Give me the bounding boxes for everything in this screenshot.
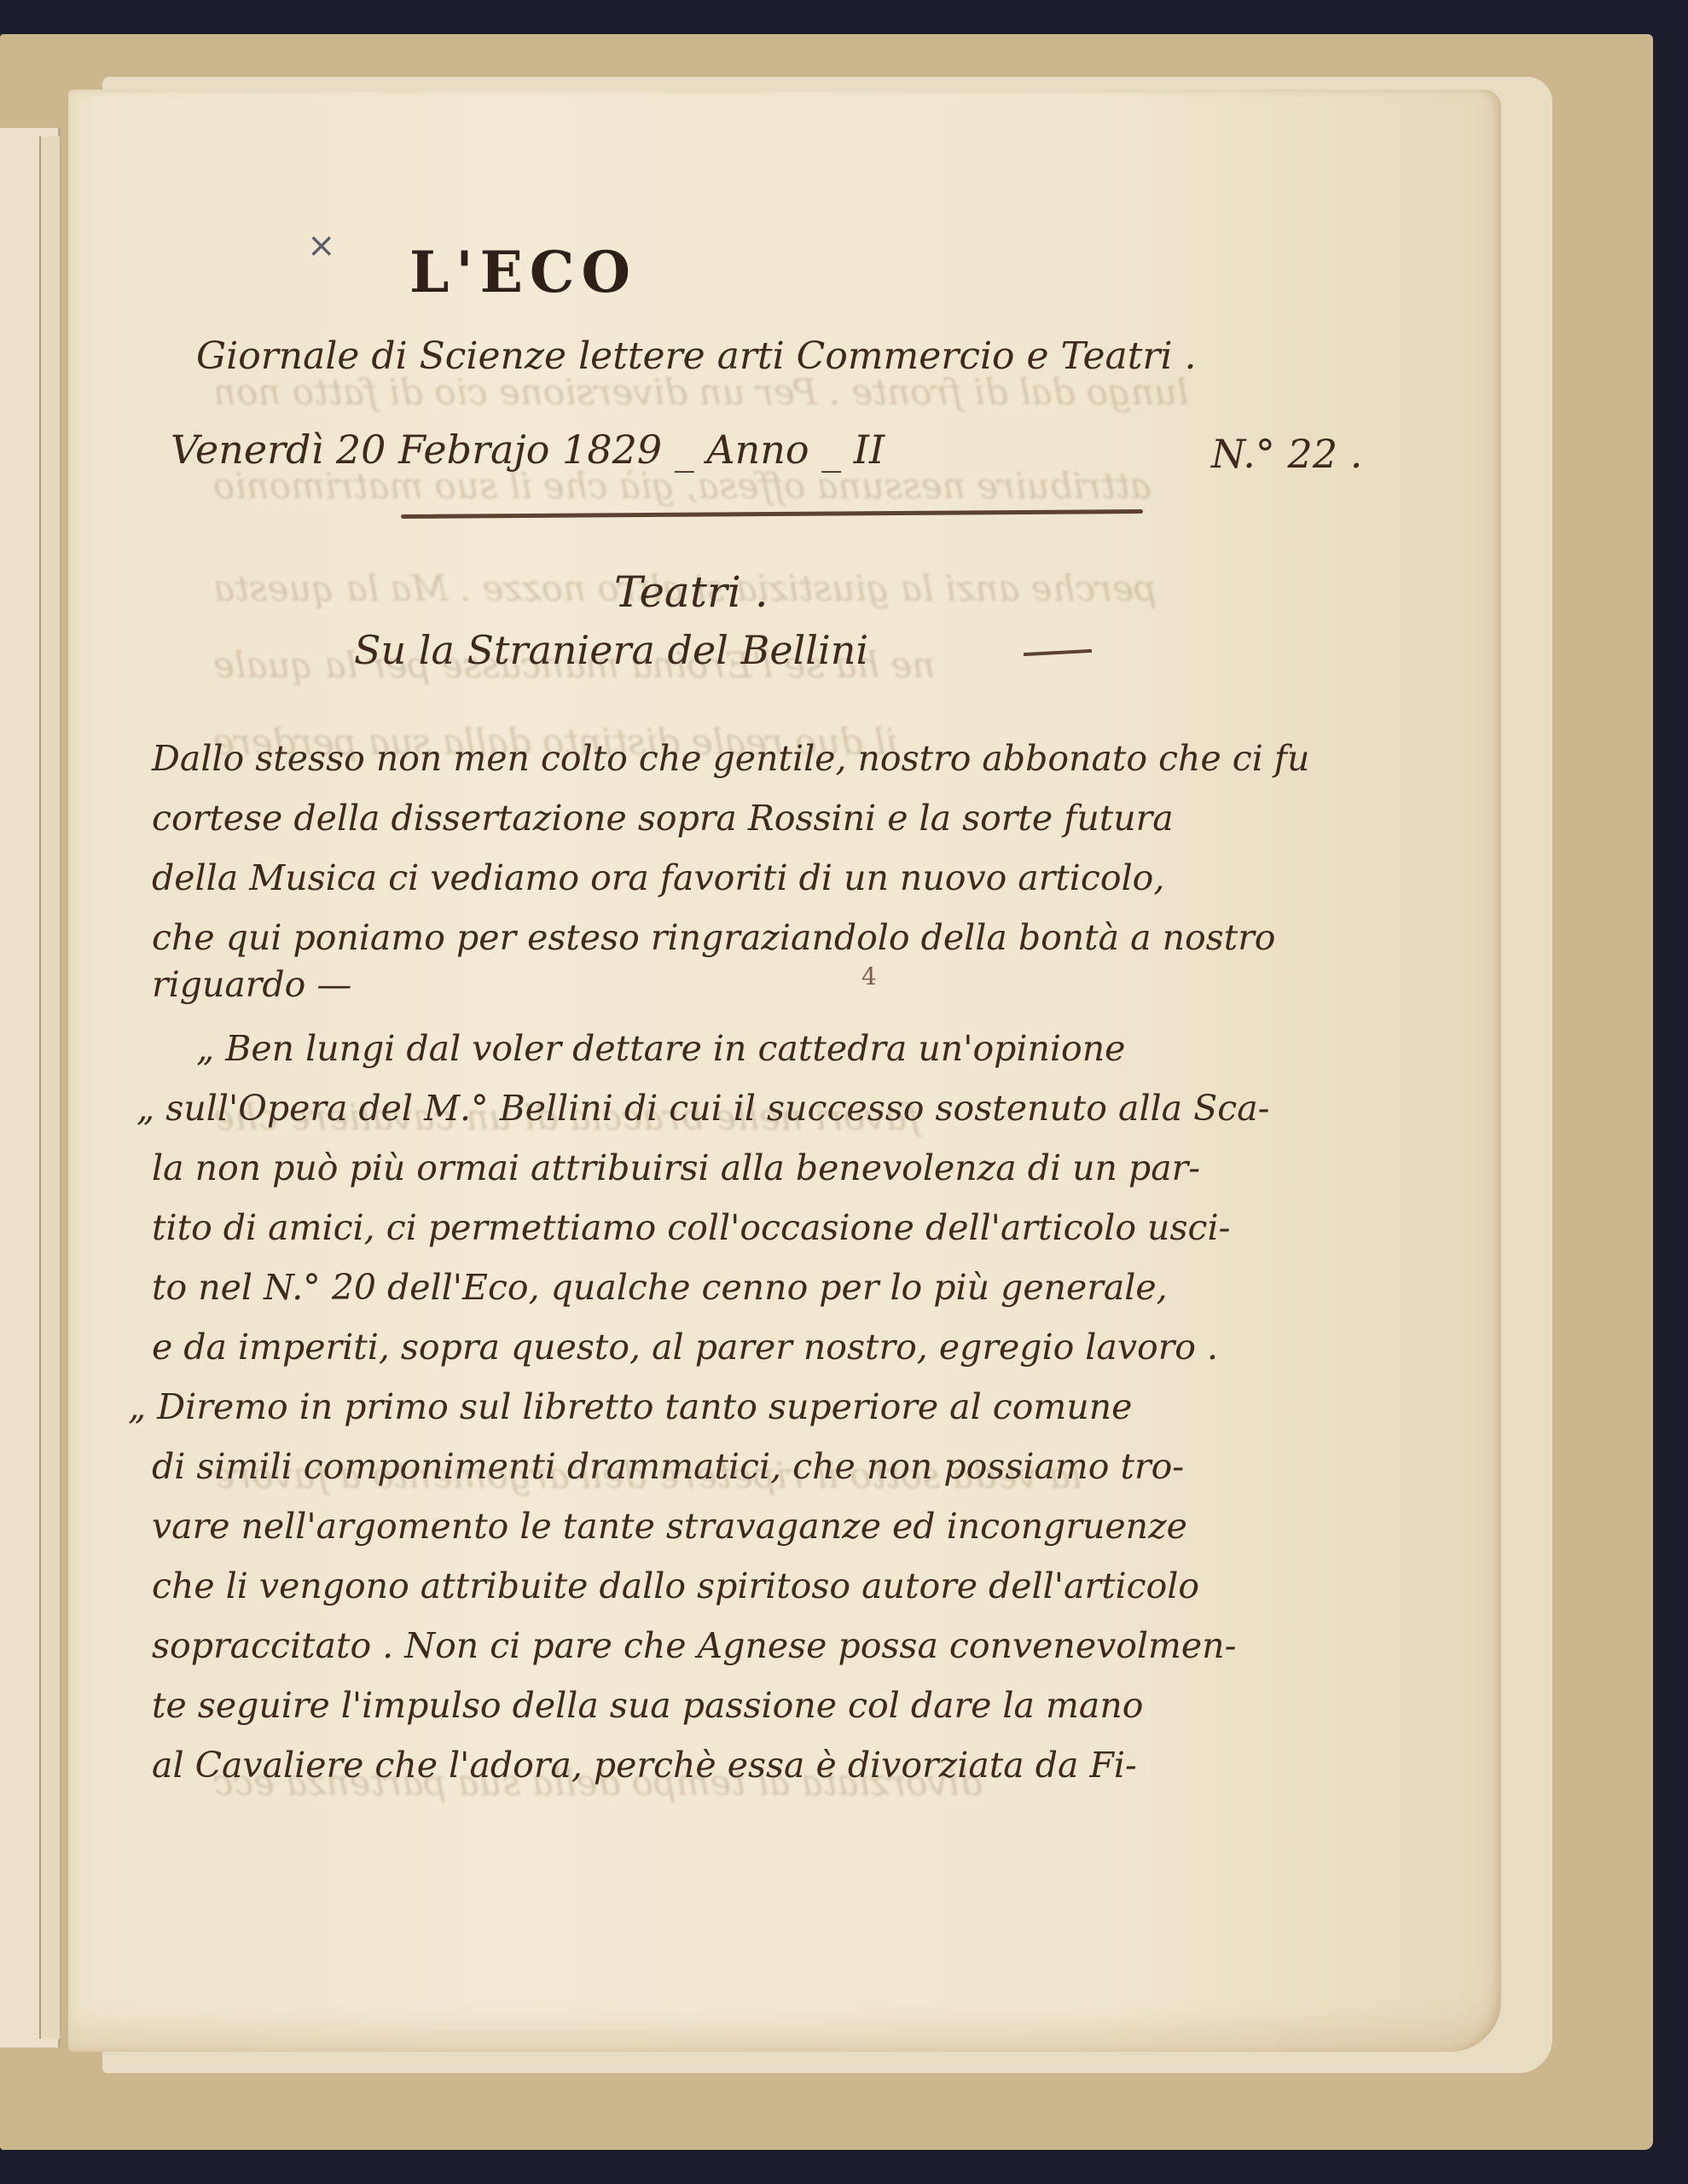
text-line: sopraccitato . Non ci pare che Agnese po…	[152, 1625, 1236, 1666]
text-line: tito di amici, ci permettiamo coll'occas…	[152, 1207, 1230, 1248]
masthead-title: L'ECO	[409, 239, 637, 305]
text-line: al Cavaliere che l'adora, perchè essa è …	[152, 1745, 1137, 1786]
issue-number: N.° 22 .	[1211, 431, 1362, 477]
text-line: di simili componimenti drammatici, che n…	[152, 1446, 1184, 1487]
dateline: Venerdì 20 Febrajo 1829 _ Anno _ II	[171, 427, 885, 473]
binding-fold	[39, 136, 60, 2039]
text-line: Dallo stesso non men colto che gentile, …	[152, 738, 1309, 779]
masthead-subtitle: Giornale di Scienze lettere arti Commerc…	[196, 334, 1197, 378]
text-line: vare nell'argomento le tante stravaganze…	[152, 1506, 1187, 1547]
pencil-cross-mark: ×	[307, 226, 336, 265]
text-line: della Musica ci vediamo ora favoriti di …	[152, 857, 1164, 898]
section-heading: Teatri .	[614, 567, 769, 617]
text-line: „ sull'Opera del M.° Bellini di cui il s…	[136, 1088, 1270, 1129]
text-line: riguardo —	[152, 964, 351, 1005]
text-line: cortese della dissertazione sopra Rossin…	[152, 798, 1174, 839]
article-title: Su la Straniera del Bellini	[354, 627, 868, 673]
folio-mark: 4	[861, 962, 877, 990]
text-line: che qui poniamo per esteso ringraziandol…	[152, 917, 1276, 958]
text-line: te seguire l'impulso della sua passione …	[152, 1685, 1143, 1726]
text-line: to nel N.° 20 dell'Eco, qualche cenno pe…	[152, 1267, 1168, 1308]
text-line: „ Diremo in primo sul libretto tanto sup…	[128, 1386, 1132, 1427]
text-line: e da imperiti, sopra questo, al parer no…	[152, 1327, 1218, 1368]
text-line: la non può più ormai attribuirsi alla be…	[152, 1147, 1200, 1188]
text-line: che li vengono attribuite dallo spiritos…	[152, 1565, 1199, 1606]
text-line: „ Ben lungi dal voler dettare in cattedr…	[196, 1028, 1125, 1069]
